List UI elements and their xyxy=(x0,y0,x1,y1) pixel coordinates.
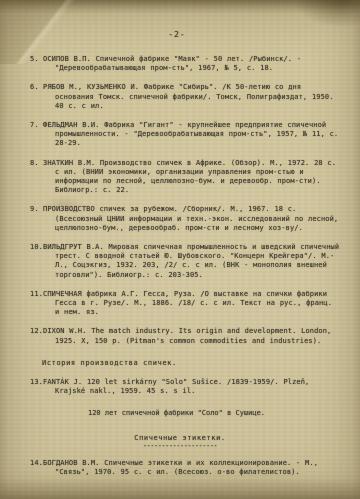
entry-text: БОГДАНОВ В.М. Спичечные этикетки и их ко… xyxy=(43,459,318,476)
heading-left: История производства спичек. xyxy=(42,359,360,368)
entry-number: 6. xyxy=(30,83,43,92)
entry-text: ОСИПОВ В.П. Спичечной фабрике "Маяк" - 5… xyxy=(43,55,301,72)
bibliography-list: 5.ОСИПОВ В.П. Спичечной фабрике "Маяк" -… xyxy=(0,55,360,478)
entry-text: СПИЧЕЧНАЯ фабрика А.Г. Гесса, Руза. /О в… xyxy=(43,290,332,316)
entry-number: 14. xyxy=(30,459,43,468)
entry-number: 13. xyxy=(30,378,43,387)
entry-number: 10. xyxy=(30,243,43,252)
bib-entry: 14.БОГДАНОВ В.М. Спичечные этикетки и их… xyxy=(30,459,340,477)
bib-entry: 10.ВИЛЬДГРУТ В.А. Мировая спичечная пром… xyxy=(30,243,340,280)
entry-number: 5. xyxy=(30,55,43,64)
heading-underline: -------------------- xyxy=(0,443,360,449)
entry-text: DIXON W.H. The match industry. Its origi… xyxy=(43,327,331,344)
scanned-page: -2- 5.ОСИПОВ В.П. Спичечной фабрике "Мая… xyxy=(0,0,360,499)
bib-entry: 8.ЗНАТКИН В.М. Производство спичек в Афр… xyxy=(30,159,340,196)
annotation: 120 лет спичечной фабрики "Соло" в Сушиц… xyxy=(88,409,332,418)
entry-text: РЯБОВ М., КУЗЬМЕНКО И. Фабрике "Сибирь".… xyxy=(43,83,334,109)
bib-entry: 6.РЯБОВ М., КУЗЬМЕНКО И. Фабрике "Сибирь… xyxy=(30,83,340,111)
entry-number: 12. xyxy=(30,327,43,336)
bib-entry: 11.СПИЧЕЧНАЯ фабрика А.Г. Гесса, Руза. /… xyxy=(30,290,340,318)
entry-text: ФЕЛЬДМАН В.И. Фабрика "Гигант" - крупней… xyxy=(43,121,338,147)
entry-text: ВИЛЬДГРУТ В.А. Мировая спичечная промышл… xyxy=(43,243,339,279)
entry-number: 11. xyxy=(30,290,43,299)
entry-number: 7. xyxy=(30,121,43,130)
page-number: -2- xyxy=(0,30,354,39)
bib-entry: 5.ОСИПОВ В.П. Спичечной фабрике "Маяк" -… xyxy=(30,55,340,73)
document-content: -2- 5.ОСИПОВ В.П. Спичечной фабрике "Мая… xyxy=(0,0,360,499)
entry-text: ЗНАТКИН В.М. Производство спичек в Африк… xyxy=(43,159,336,195)
bib-entry: 7.ФЕЛЬДМАН В.И. Фабрика "Гигант" - крупн… xyxy=(30,121,340,149)
entry-text: ПРОИЗВОДСТВО спичек за рубежом. /Сборник… xyxy=(43,205,338,231)
entry-number: 8. xyxy=(30,159,43,168)
bib-entry: 12.DIXON W.H. The match industry. Its or… xyxy=(30,327,340,345)
entry-text: FANTÁK J. 120 let sirkárny "Solo" Sušice… xyxy=(43,378,309,395)
bib-entry: 13.FANTÁK J. 120 let sirkárny "Solo" Suš… xyxy=(30,378,340,396)
bib-entry: 9.ПРОИЗВОДСТВО спичек за рубежом. /Сборн… xyxy=(30,205,340,233)
entry-number: 9. xyxy=(30,205,43,214)
